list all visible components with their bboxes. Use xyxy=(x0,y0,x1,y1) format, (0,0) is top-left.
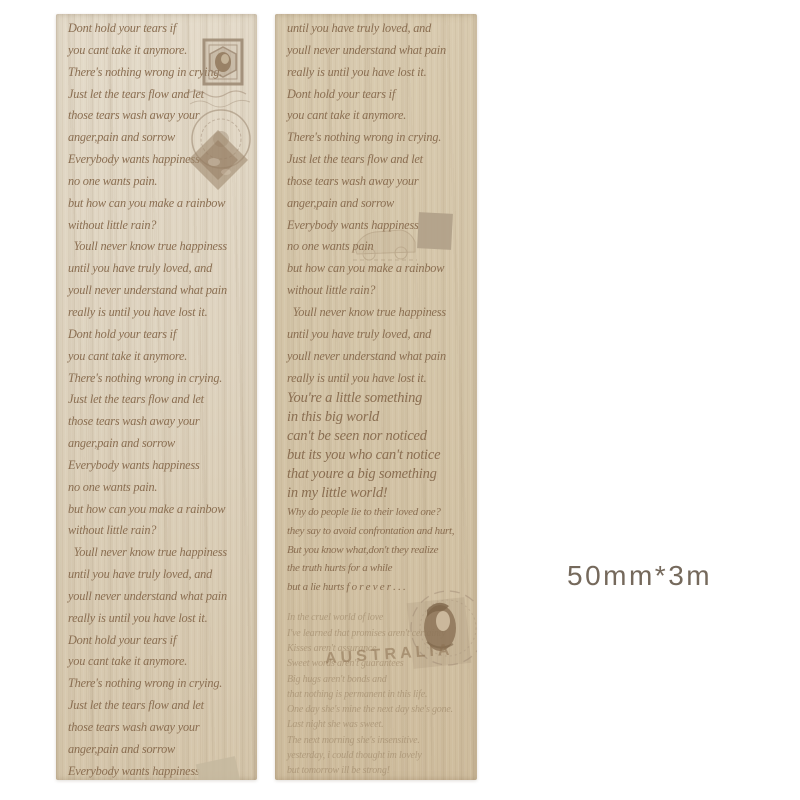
script-line: youll never understand what pain xyxy=(287,40,469,62)
script-line: But you know what,don't they realize xyxy=(287,541,469,560)
script-line: those tears wash away your xyxy=(287,171,469,193)
script-line: Everybody wants happiness xyxy=(68,149,249,171)
script-line: you cant take it anymore. xyxy=(68,346,249,368)
script-line: Just let the tears flow and let xyxy=(68,695,249,717)
script-line: the truth hurts for a while xyxy=(287,559,469,578)
script-line: youll never understand what pain xyxy=(68,586,249,608)
script-line: There's nothing wrong in crying. xyxy=(68,62,249,84)
script-line: but how can you make a rainbow xyxy=(68,193,249,215)
script-line: One day she's mine the next day she's go… xyxy=(287,702,469,717)
script-line: without little rain? xyxy=(287,280,469,302)
script-line: Just let the tears flow and let xyxy=(68,84,249,106)
script-line: no one wants pain. xyxy=(68,477,249,499)
script-line: those tears wash away your xyxy=(68,411,249,433)
script-line: Just let the tears flow and let xyxy=(287,149,469,171)
script-line: really is until you have lost it. xyxy=(68,608,249,630)
script-section: Why do people lie to their loved one?the… xyxy=(287,503,469,596)
script-line: until you have truly loved, and xyxy=(287,18,469,40)
script-line: Dont hold your tears if xyxy=(68,18,249,40)
script-line: Dont hold your tears if xyxy=(68,324,249,346)
script-line: really is until you have lost it. xyxy=(68,302,249,324)
script-line: Dont hold your tears if xyxy=(68,630,249,652)
washi-tape-strip-right: until you have truly loved, andyoull nev… xyxy=(275,14,477,780)
script-line: Just let the tears flow and let xyxy=(68,389,249,411)
script-line: those tears wash away your xyxy=(68,717,249,739)
script-line: until you have truly loved, and xyxy=(68,258,249,280)
script-line: you cant take it anymore. xyxy=(287,105,469,127)
script-section: You're a little somethingin this big wor… xyxy=(287,389,469,503)
script-line: anger,pain and sorrow xyxy=(68,739,249,761)
script-line: but how can you make a rainbow xyxy=(287,258,469,280)
script-line: There's nothing wrong in crying. xyxy=(68,673,249,695)
script-text-left: Dont hold your tears ifyou cant take it … xyxy=(68,18,249,780)
script-line: youll never understand what pain xyxy=(287,346,469,368)
script-line: they say to avoid confrontation and hurt… xyxy=(287,522,469,541)
script-line: In the cruel world of love xyxy=(287,610,469,625)
script-line: youll never understand what pain xyxy=(68,280,249,302)
script-line: those tears wash away your xyxy=(68,105,249,127)
script-line: Everybody wants happiness xyxy=(287,215,469,237)
script-line: in this big world xyxy=(287,408,469,427)
script-line: There's nothing wrong in crying. xyxy=(68,368,249,390)
script-line: Why do people lie to their loved one? xyxy=(287,503,469,522)
script-line: you cant take it anymore. xyxy=(68,40,249,62)
script-line: Everybody wants happiness xyxy=(68,455,249,477)
script-line: really is until you have lost it. xyxy=(287,62,469,84)
script-line: but tomorrow ill be strong! xyxy=(287,763,469,778)
script-line: Youll never know true happiness xyxy=(287,302,469,324)
script-section: Dont hold your tears ifyou cant take it … xyxy=(68,18,249,780)
script-line: no one wants pain. xyxy=(68,171,249,193)
washi-tape-strip-left: Dont hold your tears ifyou cant take it … xyxy=(56,14,257,780)
script-line: Youll never know true happiness xyxy=(68,236,249,258)
script-line: anger,pain and sorrow xyxy=(68,127,249,149)
script-line: can't be seen nor noticed xyxy=(287,427,469,446)
script-line: without little rain? xyxy=(68,520,249,542)
script-line: There's nothing wrong in crying. xyxy=(287,127,469,149)
script-line: yesterday, i could thought im lovely xyxy=(287,748,469,763)
script-line: You're a little something xyxy=(287,389,469,408)
script-line: without little rain? xyxy=(68,215,249,237)
script-line: until you have truly loved, and xyxy=(68,564,249,586)
script-line: I've learned that promises aren't certai… xyxy=(287,626,469,641)
script-line: Youll never know true happiness xyxy=(68,542,249,564)
script-line: that nothing is permanent in this life. xyxy=(287,687,469,702)
script-line: Dont hold your tears if xyxy=(287,84,469,106)
script-line: The next morning she's insensitive. xyxy=(287,733,469,748)
script-section: In the cruel world of loveI've learned t… xyxy=(287,610,469,778)
product-spec-label: 50mm*3m xyxy=(567,560,712,592)
script-line: but its you who can't notice xyxy=(287,446,469,465)
script-line: really is until you have lost it. xyxy=(287,368,469,390)
script-section: until you have truly loved, andyoull nev… xyxy=(287,18,469,389)
script-line: that youre a big something xyxy=(287,465,469,484)
script-line: in my little world! xyxy=(287,484,469,503)
script-line: anger,pain and sorrow xyxy=(287,193,469,215)
script-line: but a lie hurts f o r e v e r . . . xyxy=(287,578,469,597)
script-line: until you have truly loved, and xyxy=(287,324,469,346)
script-line: anger,pain and sorrow xyxy=(68,433,249,455)
script-line: no one wants pain xyxy=(287,236,469,258)
script-line: Last night she was sweet. xyxy=(287,717,469,732)
script-line: you cant take it anymore. xyxy=(68,651,249,673)
script-line: Big hugs aren't bonds and xyxy=(287,672,469,687)
product-photo-canvas: { "product": { "spec": "50mm*3m" }, "col… xyxy=(0,0,800,800)
script-line: but how can you make a rainbow xyxy=(68,499,249,521)
